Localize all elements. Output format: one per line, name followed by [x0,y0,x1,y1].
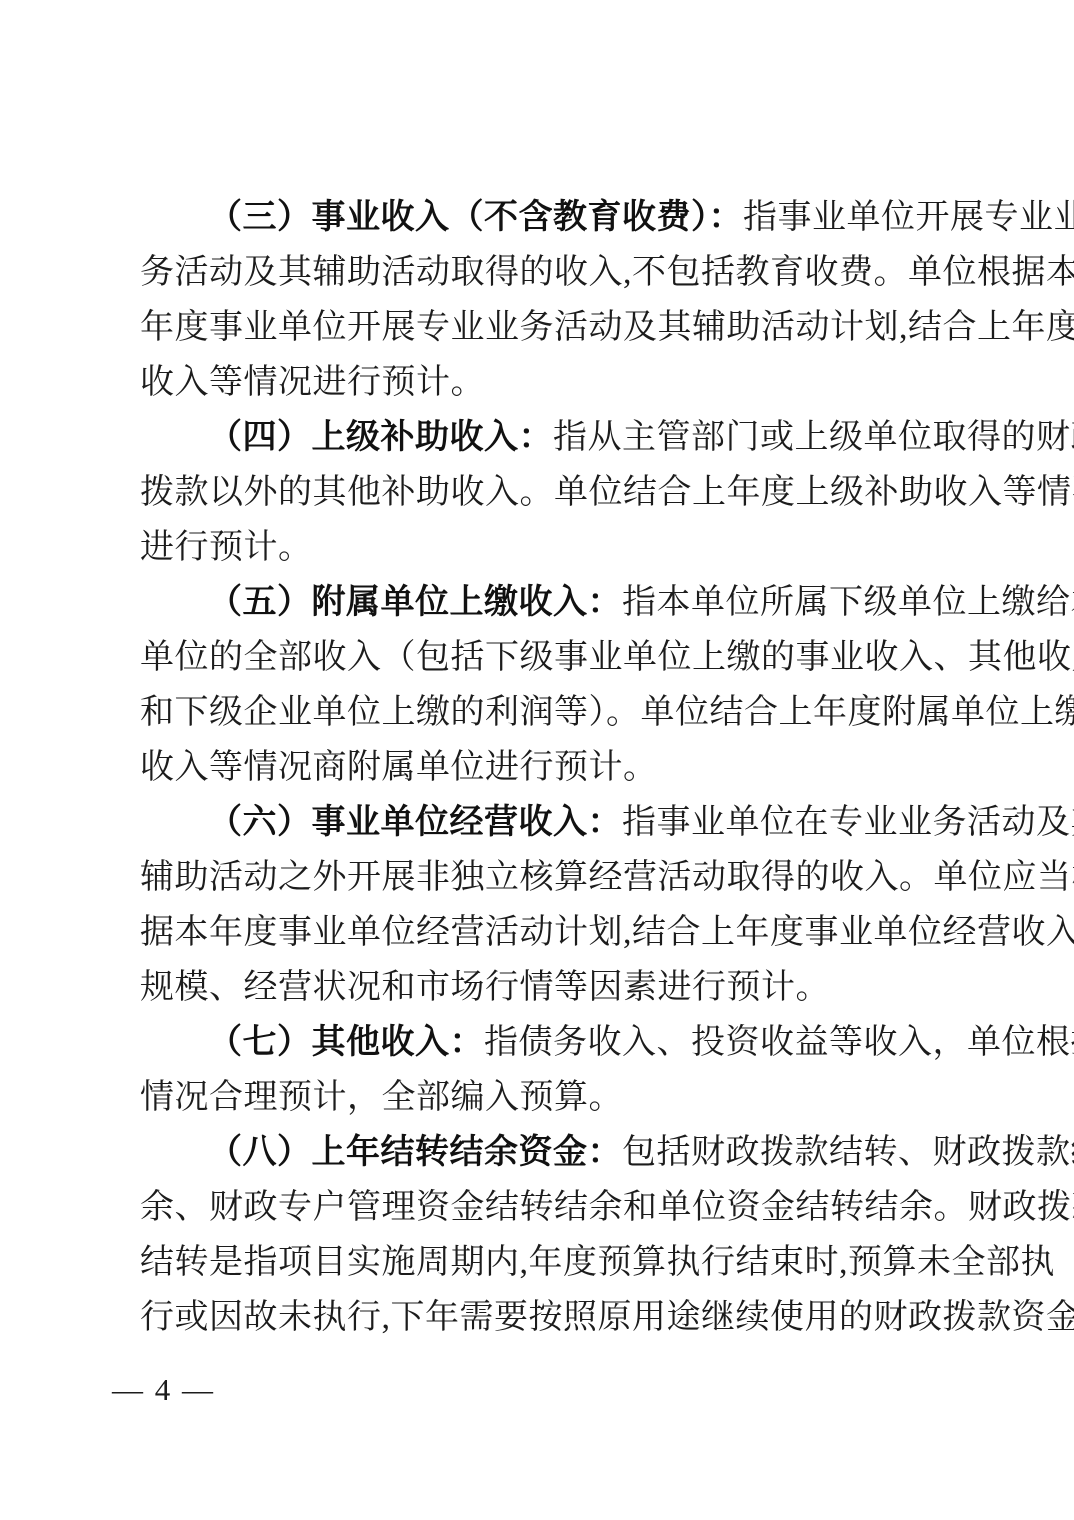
text-line: 拨款以外的其他补助收入。单位结合上年度上级补助收入等情况 [140,465,940,520]
text-line: 收入等情况商附属单位进行预计。 [140,740,940,795]
document-page: （三）事业收入（不含教育收费）：指事业单位开展专业业务活动及其辅助活动取得的收入… [0,0,1074,1520]
text-line: 结转是指项目实施周期内,年度预算执行结束时,预算未全部执 [140,1235,940,1290]
text-line: （五）附属单位上缴收入：指本单位所属下级单位上缴给本 [140,575,940,630]
paragraph-heading: （三）事业收入（不含教育收费）： [208,199,743,236]
text-line: 据本年度事业单位经营活动计划,结合上年度事业单位经营收入 [140,905,940,960]
text-line: （三）事业收入（不含教育收费）：指事业单位开展专业业 [140,190,940,245]
text-line: 辅助活动之外开展非独立核算经营活动取得的收入。单位应当根 [140,850,940,905]
text-line: （六）事业单位经营收入：指事业单位在专业业务活动及其 [140,795,940,850]
text-line: 和下级企业单位上缴的利润等）。单位结合上年度附属单位上缴 [140,685,940,740]
text-line: （四）上级补助收入：指从主管部门或上级单位取得的财政 [140,410,940,465]
text-line: （八）上年结转结余资金：包括财政拨款结转、财政拨款结 [140,1125,940,1180]
text-line: （七）其他收入：指债务收入、投资收益等收入，单位根据 [140,1015,940,1070]
text-line: 单位的全部收入（包括下级事业单位上缴的事业收入、其他收入 [140,630,940,685]
text-block: （三）事业收入（不含教育收费）：指事业单位开展专业业务活动及其辅助活动取得的收入… [140,190,940,1345]
text-line: 余、财政专户管理资金结转结余和单位资金结转结余。财政拨款 [140,1180,940,1235]
text-line: 情况合理预计，全部编入预算。 [140,1070,940,1125]
paragraph-heading: （七）其他收入： [208,1024,484,1061]
page-number: — 4 — [112,1362,215,1417]
paragraph-heading: （四）上级补助收入： [208,419,553,456]
text-line: 收入等情况进行预计。 [140,355,940,410]
text-line: 进行预计。 [140,520,940,575]
paragraph-heading: （五）附属单位上缴收入： [208,584,622,621]
text-line: 行或因故未执行,下年需要按照原用途继续使用的财政拨款资金。 [140,1290,940,1345]
paragraph-heading: （八）上年结转结余资金： [208,1134,622,1171]
text-line: 年度事业单位开展专业业务活动及其辅助活动计划,结合上年度 [140,300,940,355]
paragraph-heading: （六）事业单位经营收入： [208,804,622,841]
text-line: 务活动及其辅助活动取得的收入,不包括教育收费。单位根据本 [140,245,940,300]
text-line: 规模、经营状况和市场行情等因素进行预计。 [140,960,940,1015]
